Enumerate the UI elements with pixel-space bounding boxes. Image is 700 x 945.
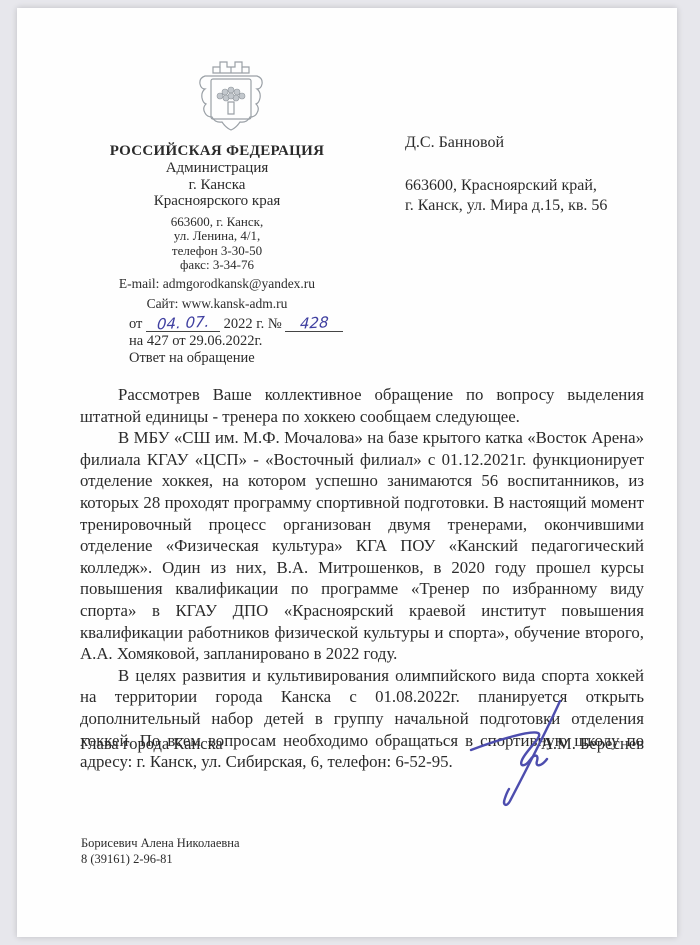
kansk-coat-of-arms-icon	[183, 58, 279, 137]
signer-name: А.М. Береснев	[541, 734, 644, 754]
body-paragraph-1: Рассмотрев Ваше коллективное обращение п…	[80, 384, 644, 427]
year-number-label: 2022 г. №	[224, 316, 282, 332]
scanned-letter-page: РОССИЙСКАЯ ФЕДЕРАЦИЯ Администрация г. Ка…	[17, 8, 677, 937]
org-postal-line: 663600, г. Канск,	[47, 215, 387, 230]
signer-position-title: Глава города Канска	[80, 734, 223, 754]
recipient-address-line2: г. Канск, ул. Мира д.15, кв. 56	[405, 196, 665, 216]
handwritten-date-slot: 04. 07.	[146, 315, 220, 332]
org-email-line: E-mail: admgorodkansk@yandex.ru	[47, 275, 387, 293]
handwritten-number-slot: 428	[285, 315, 343, 332]
ot-label: от	[129, 316, 142, 332]
country-title: РОССИЙСКАЯ ФЕДЕРАЦИЯ	[47, 143, 387, 160]
org-name-line2: г. Канска	[47, 177, 387, 194]
org-phone-line: телефон 3-30-50	[47, 244, 387, 259]
signature-ink-icon	[463, 698, 585, 814]
org-street-line: ул. Ленина, 4/1,	[47, 229, 387, 244]
org-address-block: 663600, г. Канск, ул. Ленина, 4/1, телеф…	[47, 215, 387, 273]
org-name-line1: Администрация	[47, 160, 387, 177]
executor-name: Борисевич Алена Николаевна	[81, 836, 240, 852]
subject-line: Ответ на обращение	[129, 350, 387, 366]
org-fax-line: факс: 3-34-76	[47, 258, 387, 273]
handwritten-date: 04. 07.	[156, 313, 209, 332]
org-site-line: Сайт: www.kansk-adm.ru	[47, 295, 387, 313]
outgoing-ref-line: от 04. 07. 2022 г. № 428	[129, 315, 387, 332]
org-name-line3: Красноярского края	[47, 193, 387, 210]
handwritten-number: 428	[300, 314, 329, 332]
body-paragraph-2: В МБУ «СШ им. М.Ф. Мочалова» на базе кры…	[80, 427, 644, 665]
reference-block: от 04. 07. 2022 г. № 428 на 427 от 29.06…	[47, 315, 387, 366]
incoming-ref-line: на 427 от 29.06.2022г.	[129, 333, 387, 349]
executor-phone: 8 (39161) 2-96-81	[81, 852, 240, 868]
letterhead: РОССИЙСКАЯ ФЕДЕРАЦИЯ Администрация г. Ка…	[47, 58, 387, 366]
executor-block: Борисевич Алена Николаевна 8 (39161) 2-9…	[81, 836, 240, 867]
recipient-address-line1: 663600, Красноярский край,	[405, 176, 665, 196]
recipient-block: Д.С. Банновой 663600, Красноярский край,…	[405, 133, 665, 216]
recipient-name: Д.С. Банновой	[405, 133, 665, 153]
